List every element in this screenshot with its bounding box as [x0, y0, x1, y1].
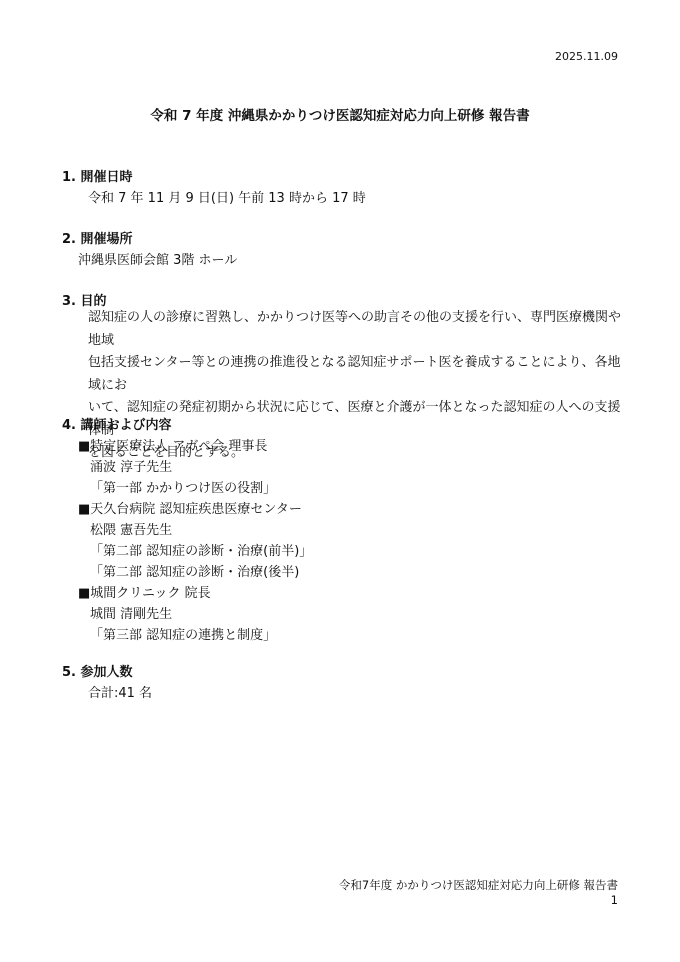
lecturer-3-org: ■城間クリニック 院長 [78, 582, 211, 601]
lecturer-1-topic: 「第一部 かかりつけ医の役割」 [90, 477, 276, 496]
section-4-heading: 4. 講師および内容 [62, 414, 172, 433]
event-datetime: 令和 7 年 11 月 9 日(日) 午前 13 時から 17 時 [88, 187, 366, 206]
participant-count: 合計:41 名 [88, 682, 152, 701]
lecturer-3-name: 城間 清剛先生 [90, 603, 172, 622]
purpose-line: 包括支援センター等との連携の推進役となる認知症サポート医を養成することにより、各… [88, 352, 628, 397]
lecturer-2-org: ■天久台病院 認知症疾患医療センター [78, 498, 302, 517]
section-1-heading: 1. 開催日時 [62, 166, 133, 185]
lecturer-1-name: 涌波 淳子先生 [90, 456, 172, 475]
lecturer-1-org: ■特定医療法人 アガペ会 理事長 [78, 435, 267, 454]
lecturer-2-topic: 「第二部 認知症の診断・治療(後半) [90, 561, 299, 580]
lecturer-3-topic: 「第三部 認知症の連携と制度」 [90, 624, 276, 643]
lecturer-2-topic: 「第二部 認知症の診断・治療(前半)」 [90, 540, 312, 559]
page-number: 1 [611, 893, 618, 907]
footer-title: 令和7年度 かかりつけ医認知症対応力向上研修 報告書 [339, 877, 618, 893]
purpose-line: 認知症の人の診療に習熟し、かかりつけ医等への助言その他の支援を行い、専門医療機関… [88, 307, 628, 352]
document-title: 令和 7 年度 沖縄県かかりつけ医認知症対応力向上研修 報告書 [0, 104, 680, 124]
event-venue: 沖縄県医師会館 3階 ホール [78, 249, 237, 268]
lecturer-2-name: 松隈 憲吾先生 [90, 519, 172, 538]
section-5-heading: 5. 参加人数 [62, 661, 133, 680]
section-2-heading: 2. 開催場所 [62, 228, 133, 247]
report-date: 2025.11.09 [555, 50, 618, 63]
